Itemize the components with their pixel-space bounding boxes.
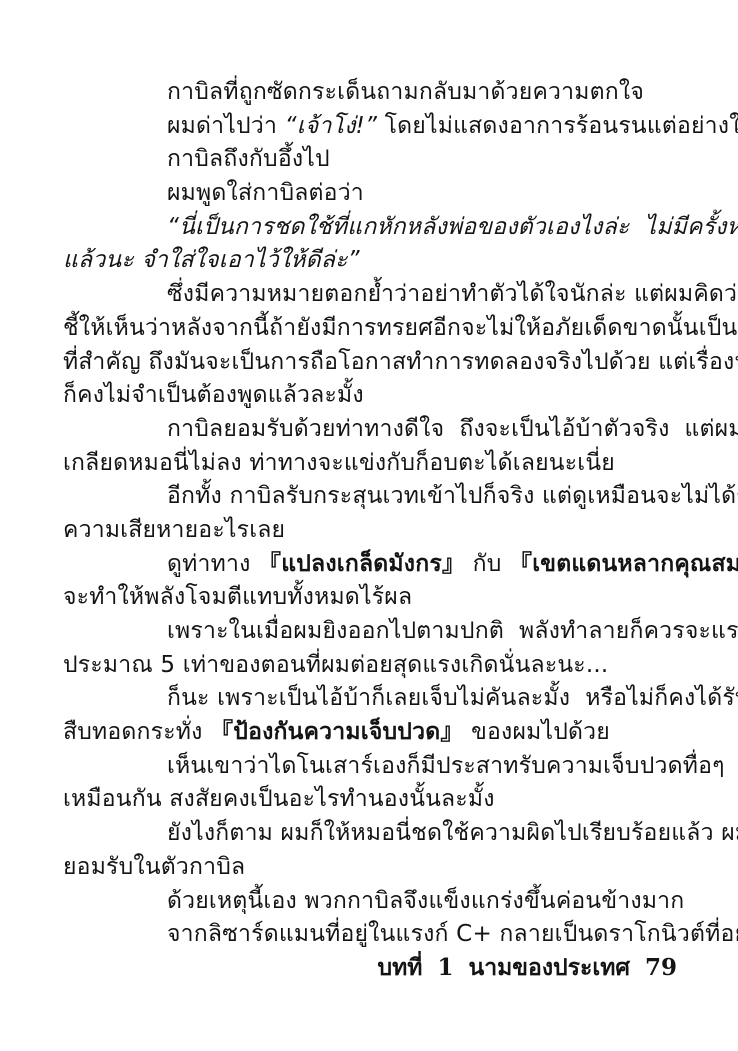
skill-name-text: 『เขตแดนหลากคุณสมบัติ』 xyxy=(509,551,738,577)
body-text: ด้วยเหตุนี้เอง พวกกาบิลจึงแข็งแกร่งขึ้นค… xyxy=(167,888,684,914)
body-text: เห็นเขาว่าไดโนเสาร์เองก็มีประสาทรับความเ… xyxy=(167,753,738,779)
text-line: แล้วนะ จำใส่ใจเอาไว้ให้ดีล่ะ” xyxy=(63,244,679,278)
quoted-speech-text: แล้วนะ จำใส่ใจเอาไว้ให้ดีล่ะ” xyxy=(63,247,360,273)
body-text: ก็นะ เพราะเป็นไอ้บ้าก็เลยเจ็บไม่คันละมั้… xyxy=(167,685,738,711)
body-text: ก็คงไม่จำเป็นต้องพูดแล้วละมั้ง xyxy=(63,382,364,408)
page-footer: บทที่ 1 นามของประเทศ 79 xyxy=(378,953,677,983)
text-line: ก็คงไม่จำเป็นต้องพูดแล้วละมั้ง xyxy=(63,379,679,413)
body-text: ดูท่าทาง xyxy=(167,551,258,577)
body-text: ยังไงก็ตาม ผมก็ให้หมอนี่ชดใช้ความผิดไปเร… xyxy=(167,820,738,846)
text-line: จะทำให้พลังโจมตีแทบทั้งหมดไร้ผล xyxy=(63,581,679,615)
body-text: อีกทั้ง กาบิลรับกระสุนเวทเข้าไปก็จริง แต… xyxy=(167,483,738,509)
text-line: อีกทั้ง กาบิลรับกระสุนเวทเข้าไปก็จริง แต… xyxy=(63,480,679,514)
text-line: ผมด่าไปว่า “เจ้าโง่!” โดยไม่แสดงอาการร้อ… xyxy=(63,110,679,144)
body-text: ผมพูดใส่กาบิลต่อว่า xyxy=(167,180,364,206)
body-text: ชี้ให้เห็นว่าหลังจากนี้ถ้ายังมีการทรยศอี… xyxy=(63,315,738,341)
text-line: ความเสียหายอะไรเลย xyxy=(63,514,679,548)
text-line: กาบิลถึงกับอึ้งไป xyxy=(63,143,679,177)
page-text: กาบิลที่ถูกซัดกระเด็นถามกลับมาด้วยความตก… xyxy=(63,76,679,952)
text-line: ชี้ให้เห็นว่าหลังจากนี้ถ้ายังมีการทรยศอี… xyxy=(63,312,679,346)
text-line: กาบิลที่ถูกซัดกระเด็นถามกลับมาด้วยความตก… xyxy=(63,76,679,110)
text-line: เห็นเขาว่าไดโนเสาร์เองก็มีประสาทรับความเ… xyxy=(63,750,679,784)
text-line: เพราะในเมื่อผมยิงออกไปตามปกติ พลังทำลายก… xyxy=(63,615,679,649)
text-line: เกลียดหมอนี่ไม่ลง ท่าทางจะแข่งกับก็อบตะไ… xyxy=(63,447,679,481)
body-text: เพราะในเมื่อผมยิงออกไปตามปกติ พลังทำลายก… xyxy=(167,618,738,644)
text-line: ประมาณ 5 เท่าของตอนที่ผมต่อยสุดแรงเกิดนั… xyxy=(63,649,679,683)
text-line: กาบิลยอมรับด้วยท่าทางดีใจ ถึงจะเป็นไอ้บ้… xyxy=(63,413,679,447)
text-line: ยังไงก็ตาม ผมก็ให้หมอนี่ชดใช้ความผิดไปเร… xyxy=(63,817,679,851)
text-line: ซึ่งมีความหมายตอกย้ำว่าอย่าทำตัวได้ใจนัก… xyxy=(63,278,679,312)
body-text: กาบิลที่ถูกซัดกระเด็นถามกลับมาด้วยความตก… xyxy=(167,79,644,105)
quoted-speech-text: “เจ้าโง่!” xyxy=(285,113,378,139)
skill-name-text: 『แปลงเกล็ดมังกร』 xyxy=(258,551,465,577)
body-text: กับ xyxy=(465,551,509,577)
body-text: จากลิซาร์ดแมนที่อยู่ในแรงก์ C+ กลายเป็นด… xyxy=(167,921,738,947)
body-text: ผมด่าไปว่า xyxy=(167,113,285,139)
text-line: สืบทอดกระทั่ง 『ป้องกันความเจ็บปวด』 ของผม… xyxy=(63,716,679,750)
body-text: ความเสียหายอะไรเลย xyxy=(63,517,285,543)
text-line: ดูท่าทาง 『แปลงเกล็ดมังกร』 กับ 『เขตแดนหลา… xyxy=(63,548,679,582)
text-line: ก็นะ เพราะเป็นไอ้บ้าก็เลยเจ็บไม่คันละมั้… xyxy=(63,682,679,716)
body-text: เกลียดหมอนี่ไม่ลง ท่าทางจะแข่งกับก็อบตะไ… xyxy=(63,450,615,476)
body-text: ยอมรับในตัวกาบิล xyxy=(63,854,245,880)
body-text: เหมือนกัน สงสัยคงเป็นอะไรทำนองนั้นละมั้ง xyxy=(63,786,495,812)
text-line: ยอมรับในตัวกาบิล xyxy=(63,851,679,885)
body-text: จะทำให้พลังโจมตีแทบทั้งหมดไร้ผล xyxy=(63,584,412,610)
body-text: ประมาณ 5 เท่าของตอนที่ผมต่อยสุดแรงเกิดนั… xyxy=(63,652,608,678)
book-page: กาบิลที่ถูกซัดกระเด็นถามกลับมาด้วยความตก… xyxy=(0,0,738,1051)
text-line: ที่สำคัญ ถึงมันจะเป็นการถือโอกาสทำการทดล… xyxy=(63,346,679,380)
body-text: ที่สำคัญ ถึงมันจะเป็นการถือโอกาสทำการทดล… xyxy=(63,349,738,375)
quoted-speech-text: “นี่เป็นการชดใช้ที่แกหักหลังพ่อของตัวเอง… xyxy=(167,214,738,240)
body-text: โดยไม่แสดงอาการร้อนรนแต่อย่างใด xyxy=(377,113,738,139)
body-text: กาบิลยอมรับด้วยท่าทางดีใจ ถึงจะเป็นไอ้บ้… xyxy=(167,416,738,442)
text-line: “นี่เป็นการชดใช้ที่แกหักหลังพ่อของตัวเอง… xyxy=(63,211,679,245)
text-line: จากลิซาร์ดแมนที่อยู่ในแรงก์ C+ กลายเป็นด… xyxy=(63,918,679,952)
text-line: ผมพูดใส่กาบิลต่อว่า xyxy=(63,177,679,211)
body-text: กาบิลถึงกับอึ้งไป xyxy=(167,146,330,172)
body-text: สืบทอดกระทั่ง xyxy=(63,719,210,745)
body-text: ของผมไปด้วย xyxy=(464,719,610,745)
body-text: ซึ่งมีความหมายตอกย้ำว่าอย่าทำตัวได้ใจนัก… xyxy=(167,281,738,307)
text-line: ด้วยเหตุนี้เอง พวกกาบิลจึงแข็งแกร่งขึ้นค… xyxy=(63,885,679,919)
skill-name-text: 『ป้องกันความเจ็บปวด』 xyxy=(210,719,463,745)
text-line: เหมือนกัน สงสัยคงเป็นอะไรทำนองนั้นละมั้ง xyxy=(63,783,679,817)
